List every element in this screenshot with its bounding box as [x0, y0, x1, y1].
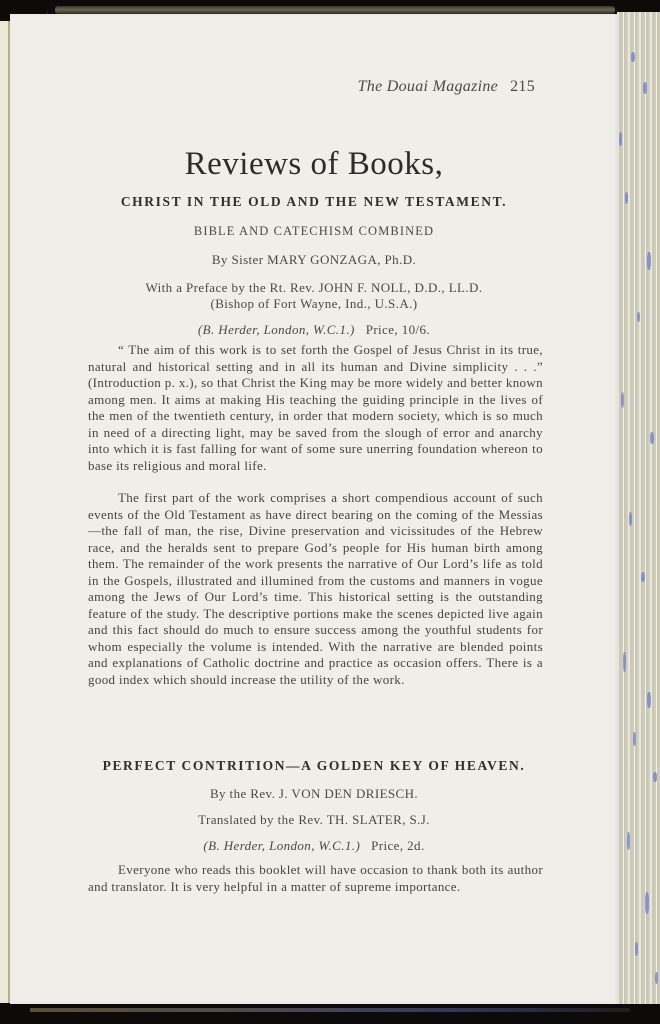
- binding-top: [55, 6, 615, 14]
- review2-publication: (B. Herder, London, W.C.1.) Price, 2d.: [10, 838, 618, 854]
- review2-author: By the Rev. J. VON DEN DRIESCH.: [10, 786, 618, 802]
- review1-paragraph-1: “ The aim of this work is to set forth t…: [88, 342, 543, 474]
- running-head: The Douai Magazine215: [358, 78, 535, 96]
- review1-price: Price, 10/6.: [366, 322, 430, 337]
- review1-publisher: (B. Herder, London, W.C.1.): [198, 322, 355, 337]
- review1-preface-line2: (Bishop of Fort Wayne, Ind., U.S.A.): [10, 296, 618, 312]
- review1-preface-line1: With a Preface by the Rt. Rev. JOHN F. N…: [10, 280, 618, 296]
- review1-author: By Sister MARY GONZAGA, Ph.D.: [10, 252, 618, 268]
- review2-price: Price, 2d.: [371, 838, 424, 853]
- review1-heading: CHRIST IN THE OLD AND THE NEW TESTAMENT.: [10, 194, 618, 210]
- review1-subtitle: BIBLE AND CATECHISM COMBINED: [10, 224, 618, 239]
- magazine-name: The Douai Magazine: [358, 78, 499, 95]
- review2-translator: Translated by the Rev. TH. SLATER, S.J.: [10, 812, 618, 828]
- review2-paragraph-1: Everyone who reads this booklet will hav…: [88, 862, 543, 895]
- page-stack-edge: [617, 12, 660, 1004]
- book-photo: The Douai Magazine215 Reviews of Books, …: [0, 0, 660, 1024]
- magazine-page: The Douai Magazine215 Reviews of Books, …: [10, 14, 618, 1004]
- review2-publisher: (B. Herder, London, W.C.1.): [203, 838, 360, 853]
- review1-paragraph-2: The first part of the work comprises a s…: [88, 490, 543, 688]
- binding-bottom: [30, 1008, 630, 1012]
- page-number: 215: [510, 78, 535, 95]
- page-title: Reviews of Books,: [10, 146, 618, 183]
- review1-publication: (B. Herder, London, W.C.1.) Price, 10/6.: [10, 322, 618, 338]
- left-page-edge: [0, 21, 10, 1003]
- review2-heading: PERFECT CONTRITION—A GOLDEN KEY OF HEAVE…: [10, 758, 618, 774]
